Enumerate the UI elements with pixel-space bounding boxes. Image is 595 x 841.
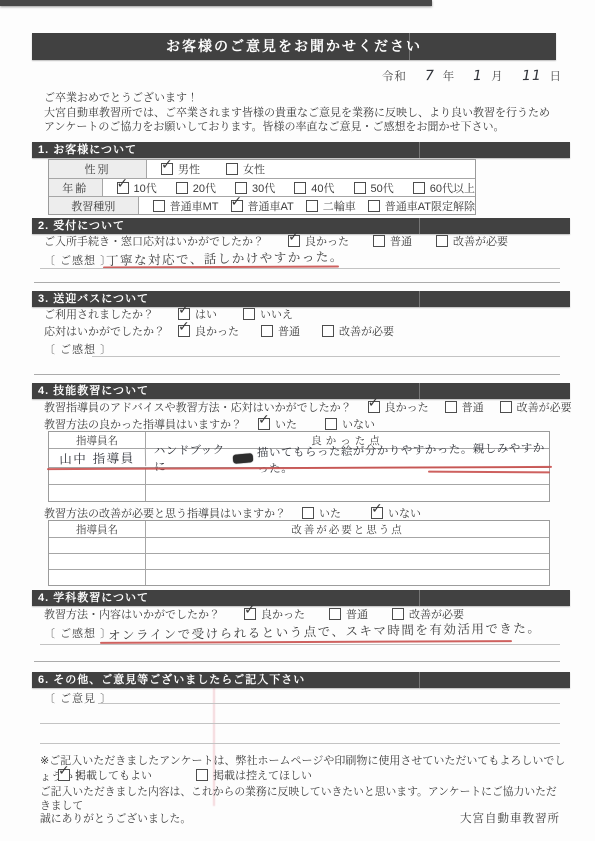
checkbox-option: いない <box>325 416 375 432</box>
checkbox-label: 普通 <box>390 233 412 249</box>
intro-line: 大宮自動車教習所では、ご卒業されます皆様の貴重なご意見を業務に反映し、より良い教… <box>44 106 564 121</box>
handwritten-year: 7 <box>425 68 435 84</box>
section4-header: 4. 技能教習について <box>32 383 570 399</box>
publication-permission-options: 掲載してもよい 掲載は控えてほしい <box>58 767 312 783</box>
academic-question-line: 教習方法・内容はいかがでしたか？ 良かった 普通 改善が必要 <box>44 606 464 622</box>
question-text: ご入所手続き・窓口応対はいかがでしたか？ <box>44 233 264 249</box>
era-label: 令和 <box>382 68 407 84</box>
checkbox-option: 良かった <box>178 323 239 339</box>
checkbox-option: 40代 <box>294 180 334 196</box>
checkbox-label: 良かった <box>385 399 429 415</box>
handwritten-instructor-name: 山中 指導員 <box>49 448 146 468</box>
checkbox-label: 改善が必要 <box>453 233 508 249</box>
section3-header: 3. 送迎バスについて <box>32 291 570 307</box>
age-options: 10代 20代 30代 40代 50代 60代以上 <box>103 180 476 196</box>
checkbox-option: 普通車AT限定解除 <box>368 198 475 214</box>
checkbox-icon <box>373 235 385 247</box>
month-label: 月 <box>491 68 504 84</box>
checkbox-label: 普通車AT限定解除 <box>385 198 475 214</box>
skill-q1-line: 教習指導員のアドバイスや教習方法・応対はいかがでしたか？ 良かった 普通 改善が… <box>44 399 572 415</box>
section2-header: 2. 受付について <box>32 218 570 234</box>
checkbox-icon <box>325 418 337 430</box>
checkbox-option: 二輪車 <box>306 198 356 214</box>
writing-line <box>40 644 560 645</box>
feedback-label: 〔 ご感想 〕 <box>44 341 112 357</box>
checkbox-label: 女性 <box>243 161 265 177</box>
writing-line <box>40 743 560 744</box>
handwritten-day: 11 <box>522 68 542 84</box>
checkbox-label: 50代 <box>371 180 394 196</box>
checkbox-icon <box>368 401 380 413</box>
checkbox-icon <box>176 182 188 194</box>
checkbox-label: 男性 <box>178 161 200 177</box>
table-header-row: 指導員名 改善が必要と思う点 <box>49 521 549 537</box>
year-label: 年 <box>443 68 456 84</box>
table-row-gender: 性別 男性 女性 <box>49 160 475 178</box>
gender-options: 男性 女性 <box>147 161 475 177</box>
checkbox-label: 普通車AT <box>248 198 294 214</box>
checkbox-label: 60代以上 <box>430 180 475 196</box>
reception-question-line: ご入所手続き・窓口応対はいかがでしたか？ 良かった 普通 改善が必要 <box>44 233 508 249</box>
checkbox-label: 普通 <box>462 399 484 415</box>
section-divider <box>34 661 560 662</box>
intro-line: アンケートのご協力をお願いしております。皆様の率直なご意見・ご感想をお聞かせ下さ… <box>44 120 564 135</box>
checkbox-label: 掲載してもよい <box>75 767 152 783</box>
customer-info-table: 性別 男性 女性 年齢 10代 20代 30代 40代 50代 60代以上 教習… <box>48 159 476 215</box>
checkbox-label: 普通 <box>278 323 300 339</box>
checkbox-label: 二輪車 <box>323 198 356 214</box>
checkbox-icon <box>117 182 129 194</box>
company-name: 大宮自動車教習所 <box>360 810 560 826</box>
handwritten-month: 1 <box>473 68 483 84</box>
question-text: 教習方法・内容はいかがでしたか？ <box>44 606 244 622</box>
checkbox-option: いない <box>371 505 421 521</box>
feedback-label: 〔 ご感想 〕 <box>44 625 112 641</box>
checkbox-option: 良かった <box>244 606 305 622</box>
intro-paragraph: ご卒業おめでとうございます！ 大宮自動車教習所では、ご卒業されます皆様の貴重なご… <box>44 91 564 135</box>
scanned-questionnaire-page: お客様のご意見をお聞かせください 令和 7 年 1 月 11 日 ご卒業おめでと… <box>0 0 595 841</box>
column-header-name: 指導員名 <box>49 432 146 448</box>
checkbox-option: 普通 <box>329 606 368 622</box>
checkbox-label: 掲載は控えてほしい <box>213 767 312 783</box>
improve-instructor-table: 指導員名 改善が必要と思う点 <box>48 520 550 586</box>
bus-usage-line: ご利用されましたか？ はい いいえ <box>44 306 293 322</box>
checkbox-icon <box>178 325 190 337</box>
checkbox-icon <box>196 769 208 781</box>
checkbox-option: 掲載は控えてほしい <box>196 767 312 783</box>
empty-cell <box>49 538 146 553</box>
table-row-age: 年齢 10代 20代 30代 40代 50代 60代以上 <box>49 178 475 196</box>
checkbox-icon <box>243 308 255 320</box>
writing-line <box>40 268 560 269</box>
checkbox-label: 20代 <box>193 180 216 196</box>
table-row-empty <box>49 484 549 501</box>
skill-q3-line: 教習方法の改善が必要と思う指導員はいますか？ いた いない <box>44 505 421 521</box>
question-text: 応対はいかがでしたか？ <box>44 323 178 339</box>
checkbox-label: 普通 <box>346 606 368 622</box>
checkbox-icon <box>294 182 306 194</box>
checkbox-icon <box>261 325 273 337</box>
feedback-label: 〔 ご感想 〕 <box>44 252 112 268</box>
row-label: 年齢 <box>49 179 103 196</box>
checkbox-label: 良かった <box>261 606 305 622</box>
checkbox-label: いた <box>275 416 297 432</box>
checkbox-icon <box>244 608 256 620</box>
checkbox-icon <box>371 507 383 519</box>
table-row-empty <box>49 553 549 569</box>
checkbox-icon <box>306 200 318 212</box>
page-title: お客様のご意見をお聞かせください <box>32 33 556 60</box>
writing-line <box>92 356 560 357</box>
checkbox-label: 改善が必要 <box>339 323 394 339</box>
section-divider <box>34 374 560 375</box>
checkbox-option: 10代 <box>117 180 157 196</box>
checkbox-option: いた <box>302 505 341 521</box>
checkbox-option: 改善が必要 <box>322 323 394 339</box>
checkbox-option: 普通 <box>445 399 484 415</box>
checkbox-icon <box>322 325 334 337</box>
checkbox-icon <box>445 401 457 413</box>
checkbox-label: いいえ <box>260 306 293 322</box>
checkbox-icon <box>161 163 173 175</box>
checkbox-option: 60代以上 <box>413 180 475 196</box>
checkbox-icon <box>413 182 425 194</box>
checkbox-label: いた <box>319 505 341 521</box>
writing-line <box>40 723 560 724</box>
checkbox-option: 掲載してもよい <box>58 767 152 783</box>
empty-cell <box>49 554 146 569</box>
skill-q2-line: 教習方法の良かった指導員はいますか？ いた いない <box>44 416 375 432</box>
empty-cell <box>49 468 146 484</box>
intro-line: ご卒業おめでとうございます！ <box>44 91 564 106</box>
question-text: ご利用されましたか？ <box>44 306 178 322</box>
date-line: 令和 7 年 1 月 11 日 <box>300 68 562 84</box>
checkbox-option: 男性 <box>161 161 200 177</box>
checkbox-option: いた <box>258 416 297 432</box>
row-label: 性別 <box>49 160 147 178</box>
checkbox-icon <box>226 163 238 175</box>
writing-line <box>98 703 560 704</box>
checkbox-label: はい <box>195 306 217 322</box>
checkbox-option: 普通 <box>261 323 300 339</box>
checkbox-label: 30代 <box>252 180 275 196</box>
scan-edge-artifact <box>0 0 432 6</box>
checkbox-option: 改善が必要 <box>500 399 572 415</box>
section-divider <box>34 282 560 283</box>
checkbox-icon <box>302 507 314 519</box>
bus-service-line: 応対はいかがでしたか？ 良かった 普通 改善が必要 <box>44 323 394 339</box>
checkbox-icon <box>392 608 404 620</box>
row-label: 教習種別 <box>49 197 139 214</box>
checkbox-option: 普通車AT <box>231 198 294 214</box>
checkbox-option: 20代 <box>176 180 216 196</box>
day-label: 日 <box>550 68 563 84</box>
checkbox-icon <box>153 200 165 212</box>
checkbox-label: 改善が必要 <box>517 399 572 415</box>
checkbox-option: 女性 <box>226 161 265 177</box>
checkbox-icon <box>500 401 512 413</box>
checkbox-icon <box>231 200 243 212</box>
checkbox-label: 40代 <box>311 180 334 196</box>
checkbox-label: 良かった <box>195 323 239 339</box>
checkbox-icon <box>368 200 380 212</box>
checkbox-option: 普通 <box>373 233 412 249</box>
checkbox-icon <box>329 608 341 620</box>
section5-header: 4. 学科教習について <box>32 590 570 606</box>
table-row-empty <box>49 537 549 553</box>
section1-header: 1. お客様について <box>32 142 570 158</box>
checkbox-option: 50代 <box>354 180 394 196</box>
checkbox-option: 改善が必要 <box>436 233 508 249</box>
closing-line: ご記入いただきました内容は、これからの業務に反映していきたいと思います。アンケー… <box>40 786 564 813</box>
checkbox-icon <box>436 235 448 247</box>
question-text: 教習方法の良かった指導員はいますか？ <box>44 416 258 432</box>
column-header-point: 改善が必要と思う点 <box>146 522 549 537</box>
checkbox-option: 普通車MT <box>153 198 219 214</box>
empty-cell <box>49 485 146 501</box>
column-header-name: 指導員名 <box>49 521 146 537</box>
checkbox-label: 普通車MT <box>170 198 219 214</box>
question-text: 教習指導員のアドバイスや教習方法・応対はいかがでしたか？ <box>44 399 352 415</box>
checkbox-icon <box>354 182 366 194</box>
table-row-course: 教習種別 普通車MT 普通車AT 二輪車 普通車AT限定解除 <box>49 196 475 214</box>
handwritten-text: ハンドブックに <box>154 441 229 474</box>
checkbox-label: いない <box>342 416 375 432</box>
checkbox-option: 良かった <box>368 399 429 415</box>
table-row-instructor: 山中 指導員 ハンドブックに 描いてもらった絵が分かりやすかった。親しみやすかっ… <box>49 448 549 467</box>
question-text: 教習方法の改善が必要と思う指導員はいますか？ <box>44 505 302 521</box>
checkbox-label: いない <box>388 505 421 521</box>
checkbox-label: 10代 <box>134 180 157 196</box>
checkbox-option: いいえ <box>243 306 293 322</box>
empty-cell <box>49 570 146 585</box>
checkbox-icon <box>258 418 270 430</box>
scribbled-out-word <box>232 453 253 464</box>
course-options: 普通車MT 普通車AT 二輪車 普通車AT限定解除 <box>139 198 475 214</box>
checkbox-icon <box>58 769 70 781</box>
checkbox-icon <box>288 235 300 247</box>
section6-header: 6. その他、ご意見等ございましたらご記入下さい <box>32 672 570 688</box>
table-row-empty <box>49 569 549 585</box>
